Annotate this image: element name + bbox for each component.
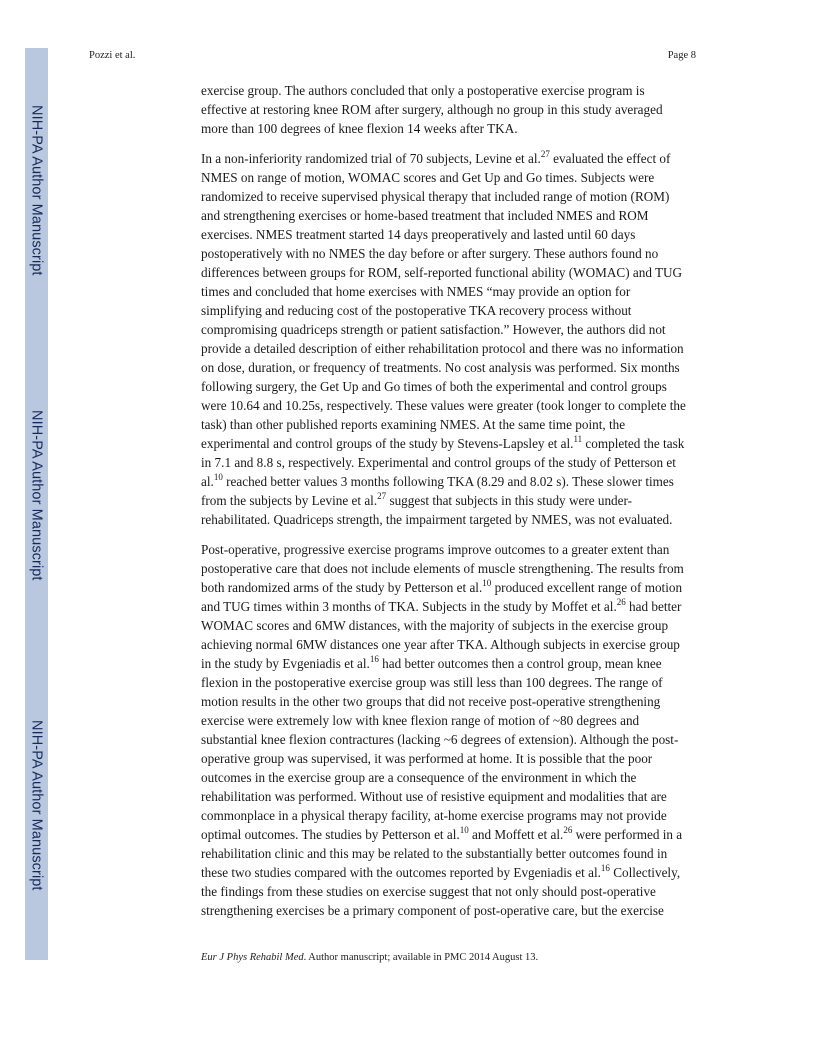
text-line: operative group was supervised, it was p… bbox=[201, 749, 701, 768]
text-line: exercises. NMES treatment started 14 day… bbox=[201, 225, 701, 244]
text-line: randomized to receive supervised physica… bbox=[201, 187, 701, 206]
text-line: rehabilitated. Quadriceps strength, the … bbox=[201, 510, 701, 529]
text-line: and TUG times within 3 months of TKA. Su… bbox=[201, 597, 701, 616]
text-line: Post-operative, progressive exercise pro… bbox=[201, 540, 701, 559]
text-line: NMES on range of motion, WOMAC scores an… bbox=[201, 168, 701, 187]
citation-reference: 26 bbox=[563, 825, 572, 835]
text-line: these two studies compared with the outc… bbox=[201, 863, 701, 882]
text-line: differences between groups for ROM, self… bbox=[201, 263, 701, 282]
text-line: provide a detailed description of either… bbox=[201, 339, 701, 358]
text-line: rehabilitation was performed. Without us… bbox=[201, 787, 701, 806]
text-line: optimal outcomes. The studies by Petters… bbox=[201, 825, 701, 844]
text-line: compromising quadriceps strength or pati… bbox=[201, 320, 701, 339]
text-line: flexion in the postoperative exercise gr… bbox=[201, 673, 701, 692]
sidebar-label-2: NIH-PA Author Manuscript bbox=[25, 340, 48, 650]
sidebar-label-1: NIH-PA Author Manuscript bbox=[25, 48, 48, 333]
text-line: outcomes in the exercise group are a con… bbox=[201, 768, 701, 787]
journal-footer: Eur J Phys Rehabil Med. Author manuscrip… bbox=[201, 952, 538, 963]
text-line: WOMAC scores and 6MW distances, with the… bbox=[201, 616, 701, 635]
text-line: both randomized arms of the study by Pet… bbox=[201, 578, 701, 597]
text-line: rehabilitation clinic and this may be re… bbox=[201, 844, 701, 863]
availability-note: . Author manuscript; available in PMC 20… bbox=[304, 952, 539, 963]
citation-reference: 16 bbox=[601, 863, 610, 873]
text-line: were 10.64 and 10.25s, respectively. The… bbox=[201, 396, 701, 415]
citation-reference: 10 bbox=[460, 825, 469, 835]
journal-name: Eur J Phys Rehabil Med bbox=[201, 952, 304, 963]
sidebar-label-3: NIH-PA Author Manuscript bbox=[25, 660, 48, 950]
citation-reference: 27 bbox=[541, 149, 550, 159]
page-number: Page 8 bbox=[668, 50, 696, 61]
citation-reference: 27 bbox=[377, 491, 386, 501]
text-line: postoperatively with no NMES the day bef… bbox=[201, 244, 701, 263]
citation-reference: 10 bbox=[482, 578, 491, 588]
text-line: motion results in the other two groups t… bbox=[201, 692, 701, 711]
citation-reference: 16 bbox=[370, 654, 379, 664]
text-line: effective at restoring knee ROM after su… bbox=[201, 100, 701, 119]
text-line: strengthening exercises be a primary com… bbox=[201, 901, 701, 920]
text-line: In a non-inferiority randomized trial of… bbox=[201, 149, 701, 168]
sidebar-label-text: NIH-PA Author Manuscript bbox=[29, 410, 45, 581]
text-line: postoperative care that does not include… bbox=[201, 559, 701, 578]
text-line: in 7.1 and 8.8 s, respectively. Experime… bbox=[201, 453, 701, 472]
text-line: exercise were extremely low with knee fl… bbox=[201, 711, 701, 730]
text-line: simplifying and reducing cost of the pos… bbox=[201, 301, 701, 320]
text-line: al.10 reached better values 3 months fol… bbox=[201, 472, 701, 491]
text-line: on dose, duration, or frequency of treat… bbox=[201, 358, 701, 377]
citation-reference: 10 bbox=[214, 472, 223, 482]
citation-reference: 26 bbox=[617, 597, 626, 607]
text-line: task) than other published reports exami… bbox=[201, 415, 701, 434]
paragraph: In a non-inferiority randomized trial of… bbox=[201, 149, 701, 529]
text-line: and strengthening exercises or home-base… bbox=[201, 206, 701, 225]
article-body: exercise group. The authors concluded th… bbox=[201, 81, 701, 931]
text-line: commonplace in a physical therapy facili… bbox=[201, 806, 701, 825]
text-line: exercise group. The authors concluded th… bbox=[201, 81, 701, 100]
citation-reference: 11 bbox=[573, 434, 582, 444]
text-line: substantial knee flexion contractures (l… bbox=[201, 730, 701, 749]
text-line: experimental and control groups of the s… bbox=[201, 434, 701, 453]
sidebar-label-text: NIH-PA Author Manuscript bbox=[29, 105, 45, 276]
sidebar-label-text: NIH-PA Author Manuscript bbox=[29, 720, 45, 891]
text-line: achieving normal 6MW distances one year … bbox=[201, 635, 701, 654]
paragraph: exercise group. The authors concluded th… bbox=[201, 81, 701, 138]
text-line: times and concluded that home exercises … bbox=[201, 282, 701, 301]
text-line: in the study by Evgeniadis et al.16 had … bbox=[201, 654, 701, 673]
text-line: the findings from these studies on exerc… bbox=[201, 882, 701, 901]
text-line: following surgery, the Get Up and Go tim… bbox=[201, 377, 701, 396]
running-head-author: Pozzi et al. bbox=[89, 50, 135, 61]
text-line: more than 100 degrees of knee flexion 14… bbox=[201, 119, 701, 138]
text-line: from the subjects by Levine et al.27 sug… bbox=[201, 491, 701, 510]
paragraph: Post-operative, progressive exercise pro… bbox=[201, 540, 701, 920]
